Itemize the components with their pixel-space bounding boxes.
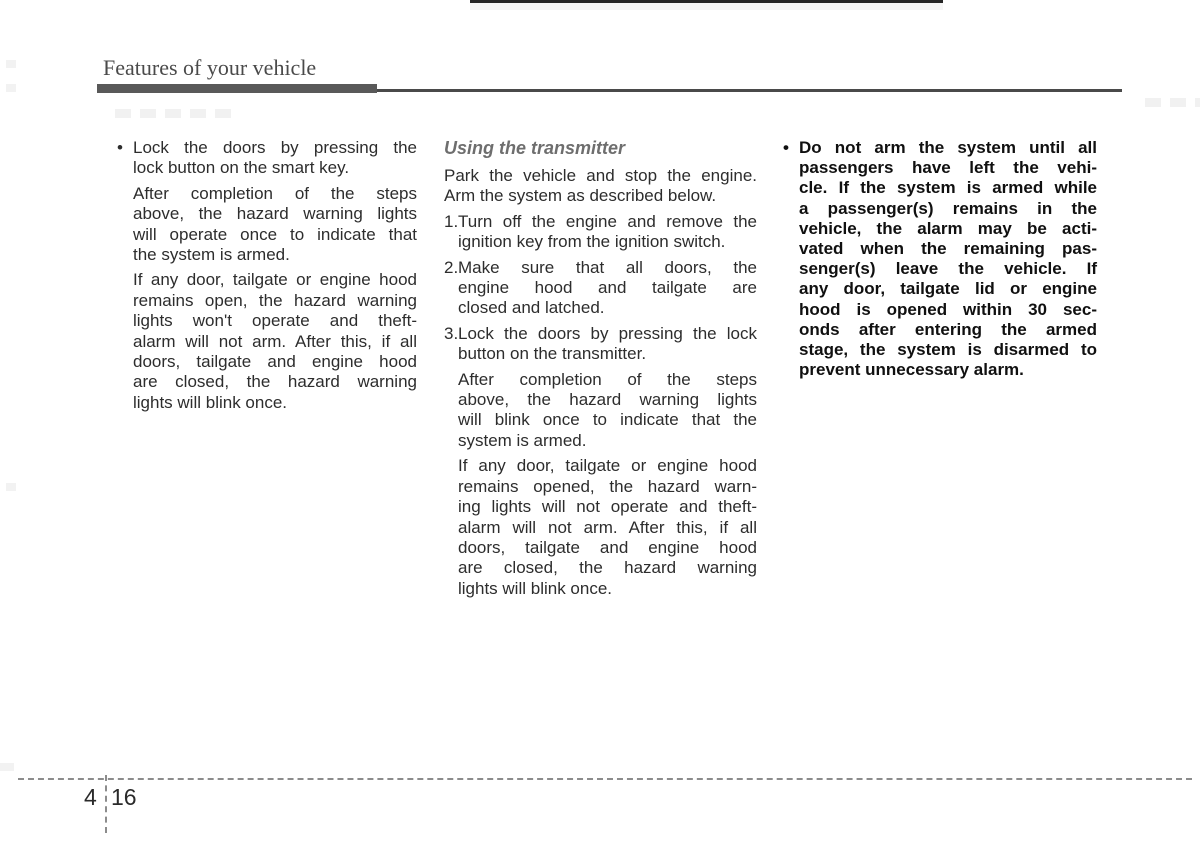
scan-artifact <box>115 109 237 118</box>
column-middle: Using the transmitter Park the vehicle a… <box>444 138 757 599</box>
step-number: 1. <box>444 212 458 253</box>
scan-artifact <box>1145 98 1200 107</box>
section-heading: Using the transmitter <box>444 138 757 158</box>
bullet-marker: • <box>783 138 799 380</box>
step-number: 3. <box>444 324 458 365</box>
scan-top-line <box>470 0 943 3</box>
page-number: 16 <box>111 783 137 811</box>
step-body: Lock the doors by pressing the lockbutto… <box>458 324 757 365</box>
column-right: • Do not arm the system until allpasseng… <box>783 138 1097 380</box>
paragraph: If any door, tailgate or engine hoodrema… <box>133 270 417 413</box>
page-title: Features of your vehicle <box>103 55 316 81</box>
step-body: Make sure that all doors, theengine hood… <box>458 258 757 319</box>
scan-artifact <box>0 763 14 771</box>
numbered-step: 3. Lock the doors by pressing the lockbu… <box>444 324 757 365</box>
warning-item: • Do not arm the system until allpasseng… <box>783 138 1097 380</box>
column-left: • Lock the doors by pressing thelock but… <box>117 138 417 413</box>
warning-text: Do not arm the system until allpassenger… <box>799 138 1097 380</box>
list-item-body: Lock the doors by pressing thelock butto… <box>133 138 417 413</box>
paragraph: If any door, tailgate or engine hoodrema… <box>458 456 757 599</box>
scan-artifact <box>6 60 16 68</box>
step-number: 2. <box>444 258 458 319</box>
paragraph: Lock the doors by pressing thelock butto… <box>133 138 417 179</box>
numbered-step: 1. Turn off the engine and remove theign… <box>444 212 757 253</box>
scan-artifact <box>6 84 16 92</box>
list-item: • Lock the doors by pressing thelock but… <box>117 138 417 413</box>
chapter-number: 4 <box>84 783 97 811</box>
header-rule-thick <box>97 84 377 93</box>
paragraph: After completion of the stepsabove, the … <box>133 184 417 266</box>
paragraph: After completion of the stepsabove, the … <box>458 370 757 452</box>
footer-dashed-divider <box>105 775 107 833</box>
bullet-marker: • <box>117 138 133 413</box>
footer-dashed-line <box>18 778 1192 780</box>
scan-artifact <box>6 483 16 491</box>
paragraph: Park the vehicle and stop the engine.Arm… <box>444 166 757 207</box>
numbered-step: 2. Make sure that all doors, theengine h… <box>444 258 757 319</box>
step-body: Turn off the engine and remove theigniti… <box>458 212 757 253</box>
